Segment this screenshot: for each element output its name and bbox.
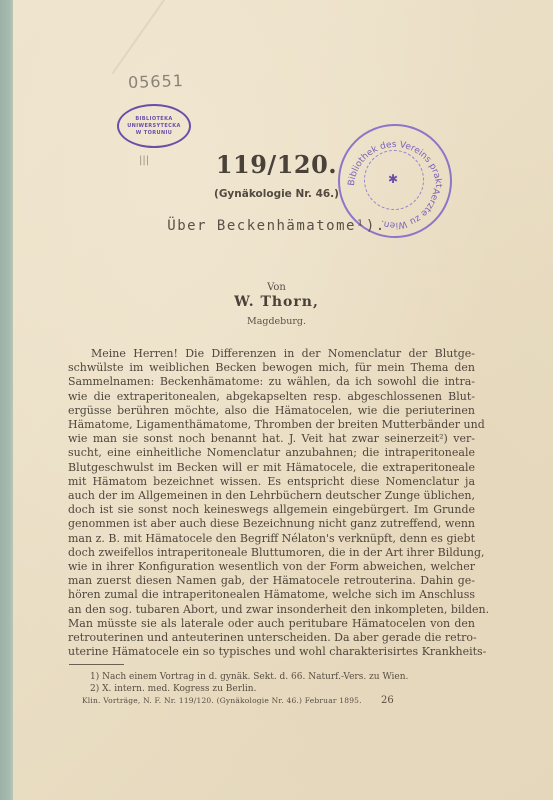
page-number: 26 xyxy=(381,695,394,706)
issue-number: 119/120. xyxy=(0,150,553,179)
text-line: Hämatome, Ligamenthämatome, Thromben der… xyxy=(68,418,475,432)
text-line: auch der im Allgemeinen in den Lehrbüche… xyxy=(68,489,475,503)
text-line: wie man sie sonst noch benannt hat. J. V… xyxy=(68,432,475,446)
text-line: ergüsse berühren möchte, also die Hämato… xyxy=(68,404,475,418)
text-line: an den sog. tubaren Abort, und zwar inso… xyxy=(68,603,475,617)
text-line: Blutgeschwulst im Becken will er mit Häm… xyxy=(68,461,475,475)
series-label: (Gynäkologie Nr. 46.) xyxy=(0,188,553,200)
author-name: W. Thorn, xyxy=(0,294,553,310)
text-line: wie die extraperitonealen, abgekapselten… xyxy=(68,390,475,404)
text-line: man z. B. mit Hämatocele den Begriff Nél… xyxy=(68,532,475,546)
stamp-line: W TORUNIU xyxy=(136,130,173,137)
footnote-rule xyxy=(69,664,124,665)
stamp-line: UNIWERSYTECKA xyxy=(127,123,181,130)
text-line: doch zweifellos intraperitoneale Bluttum… xyxy=(68,546,475,560)
footnote-1: 1) Nach einem Vortrag in d. gynäk. Sekt.… xyxy=(90,671,408,683)
text-line: Meine Herren! Die Differenzen in der Nom… xyxy=(68,347,475,361)
text-line: mit Hämatom bezeichnet wissen. Es entspr… xyxy=(68,475,475,489)
text-line: retrouterinen und anteuterinen untersche… xyxy=(68,631,475,645)
text-line: schwülste im weiblichen Becken bewogen m… xyxy=(68,361,475,375)
imprint-line: Klin. Vorträge, N. F. Nr. 119/120. (Gynä… xyxy=(82,696,362,705)
text-line: uterine Hämatocele ein so typisches und … xyxy=(68,645,475,659)
text-line: man zuerst diesen Namen gab, der Hämatoc… xyxy=(68,574,475,588)
paper-fold xyxy=(112,0,165,74)
article-title: Über Beckenhämatome¹). xyxy=(0,218,553,234)
text-line: sucht, eine einheitliche Nomenclatur anz… xyxy=(68,446,475,460)
pencil-shelf-number: 05651 xyxy=(128,71,185,92)
stamp-line: BIBLIOTEKA xyxy=(135,116,172,123)
text-line: wie in ihrer Konfiguration wesentlich vo… xyxy=(68,560,475,574)
footnote-2: 2) X. intern. med. Kogress zu Berlin. xyxy=(90,683,408,695)
text-line: Sammelnamen: Beckenhämatome: zu wählen, … xyxy=(68,375,475,389)
library-stamp-oval: BIBLIOTEKA UNIWERSYTECKA W TORUNIU xyxy=(117,104,191,148)
text-line: Man müsste sie als laterale oder auch pe… xyxy=(68,617,475,631)
author-city: Magdeburg. xyxy=(0,316,553,327)
text-line: genommen ist aber auch diese Bezeichnung… xyxy=(68,517,475,531)
green-cover-binding xyxy=(0,0,13,800)
by-label: Von xyxy=(0,282,553,293)
text-line: hören zumal die intraperitonealen Hämato… xyxy=(68,588,475,602)
body-text: Meine Herren! Die Differenzen in der Nom… xyxy=(68,347,475,659)
text-line: doch ist sie sonst noch keineswegs allge… xyxy=(68,503,475,517)
footnotes: 1) Nach einem Vortrag in d. gynäk. Sekt.… xyxy=(90,671,408,695)
